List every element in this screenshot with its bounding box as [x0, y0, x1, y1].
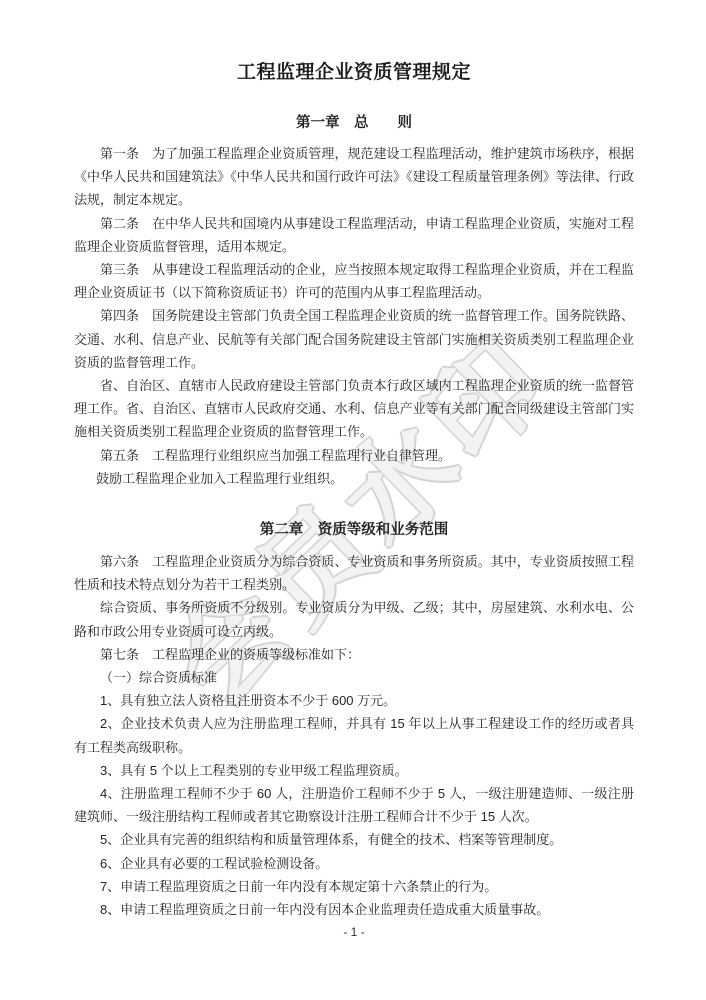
- paragraph-article-2: 第二条 在中华人民共和国境内从事建设工程监理活动，申请工程监理企业资质，实施对工…: [74, 212, 634, 258]
- paragraph-item-7: 7、申请工程监理资质之日前一年内没有本规定第十六条禁止的行为。: [74, 875, 634, 898]
- paragraph-item-3: 3、具有 5 个以上工程类别的专业甲级工程监理资质。: [74, 759, 634, 782]
- paragraph-item-6: 6、企业具有必要的工程试验检测设备。: [74, 852, 634, 875]
- paragraph-article-5-continued: 鼓励工程监理企业加入工程监理行业组织。: [74, 467, 634, 490]
- document-page: 会员水印 工程监理企业资质管理规定 第一章 总 则 第一条 为了加强工程监理企业…: [0, 0, 706, 1000]
- document-content: 工程监理企业资质管理规定 第一章 总 则 第一条 为了加强工程监理企业资质管理，…: [0, 0, 706, 940]
- paragraph-standard-heading: （一）综合资质标准: [74, 666, 634, 689]
- paragraph-article-4: 第四条 国务院建设主管部门负责全国工程监理企业资质的统一监督管理工作。国务院铁路…: [74, 304, 634, 374]
- page-number: - 1 -: [74, 924, 634, 940]
- paragraph-item-5: 5、企业具有完善的组织结构和质量管理体系，有健全的技术、档案等管理制度。: [74, 828, 634, 851]
- paragraph-item-1: 1、具有独立法人资格且注册资本不少于 600 万元。: [74, 689, 634, 712]
- paragraph-article-3: 第三条 从事建设工程监理活动的企业，应当按照本规定取得工程监理企业资质，并在工程…: [74, 258, 634, 304]
- paragraph-article-4-continued: 省、自治区、直辖市人民政府建设主管部门负责本行政区域内工程监理企业资质的统一监督…: [74, 374, 634, 444]
- chapter-1-heading: 第一章 总 则: [74, 113, 634, 134]
- paragraph-article-5: 第五条 工程监理行业组织应当加强工程监理行业自律管理。: [74, 444, 634, 467]
- chapter-2-heading: 第二章 资质等级和业务范围: [74, 520, 634, 541]
- paragraph-article-6: 第六条 工程监理企业资质分为综合资质、专业资质和事务所资质。其中，专业资质按照工…: [74, 550, 634, 596]
- paragraph-article-1: 第一条 为了加强工程监理企业资质管理，规范建设工程监理活动，维护建筑市场秩序，根…: [74, 142, 634, 212]
- paragraph-article-7: 第七条 工程监理企业的资质等级标准如下：: [74, 643, 634, 666]
- paragraph-article-6-continued: 综合资质、事务所资质不分级别。专业资质分为甲级、乙级；其中，房屋建筑、水利水电、…: [74, 596, 634, 642]
- paragraph-item-4: 4、注册监理工程师不少于 60 人，注册造价工程师不少于 5 人，一级注册建造师…: [74, 782, 634, 828]
- paragraph-item-2: 2、企业技术负责人应为注册监理工程师，并具有 15 年以上从事工程建设工作的经历…: [74, 712, 634, 758]
- paragraph-item-8: 8、申请工程监理资质之日前一年内没有因本企业监理责任造成重大质量事故。: [74, 898, 634, 921]
- document-title: 工程监理企业资质管理规定: [74, 60, 634, 86]
